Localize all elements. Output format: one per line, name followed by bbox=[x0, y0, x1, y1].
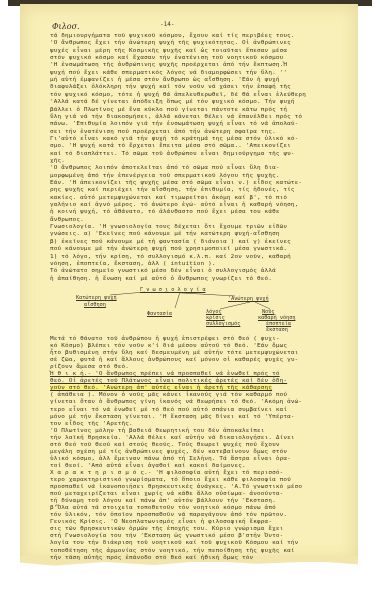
text-line: 'Ο ἄνθρωπος λοιπόν ἀποτελεῖται ἀπό τό σῶ… bbox=[50, 165, 280, 171]
text-line: Μετά τό θάνατο τοῦ ἀνθρώπου ἡ ψυχή ἐπιστ… bbox=[50, 336, 280, 342]
text-line: τή δύναμη τοῦ λόγου καί πάνω ἀπ' αὐτόν β… bbox=[50, 498, 276, 504]
diagram-title: Γ ν ω σ ι ο λ ο γ ί α bbox=[140, 287, 206, 293]
text-line: κακίες. αὐτό μετεμψυχώνεται καί τιμωρεῖτ… bbox=[50, 195, 287, 201]
text-line: τήν λαϊκή θρησκεία. 'Αλλά θέλει καί αὐτή… bbox=[50, 435, 295, 441]
text-line: στόν ψυχικό κόσμο καί ἔχασαν τήν ἐνατένι… bbox=[50, 55, 283, 61]
diagram-right-sub-right-4: ἔκσταση bbox=[266, 327, 288, 333]
text-line: νόηση, ἐποπτεία, ἔκσταση, ἀλλ ( intuitio… bbox=[50, 261, 216, 267]
text-line: ρίζουν ἄμεσα στό θεό. bbox=[50, 364, 129, 370]
text-line: λογία του τήν διάκριση τοῦ νοητικοῦ καί … bbox=[50, 540, 298, 546]
diagram-left-1: Κατώτερη ψυχή bbox=[76, 295, 117, 301]
text-line: τήν τάση αὐτῆς πρός ἐπάνοδο στό θεό καί … bbox=[50, 555, 253, 561]
diagram-right-sub-left-3: συλλογισμός bbox=[206, 321, 240, 327]
diagram-middle: Φαντασία bbox=[147, 311, 172, 317]
text-line: καί τό διαπλάττει. Τό σῶμα τοῦ ἀνθρώπου … bbox=[50, 151, 295, 157]
text-line: γνώσεις. α) 'Εκεῖνες πού κάνουμε μέ τήν … bbox=[50, 231, 280, 237]
diagram-right: 'Ανώτερη ψυχή bbox=[228, 296, 269, 302]
text-line: Γενικός Κρίσις. 'Ο Νεοπλατωνισμός εἶναι … bbox=[50, 519, 272, 525]
text-line: 'Αλλά κατά δέ γίνεται ἀπόδειξη ὅπως μέ τ… bbox=[50, 99, 295, 105]
text-line: σμο. 'Η ψυχή κατά τό ἔρχεται ἔπειτα μέσα… bbox=[50, 143, 291, 149]
text-line: μή αὐτή ἐμφανίζει ἡ μέσα στόν ἄνθρωπο ὡς… bbox=[50, 77, 280, 83]
text-line: πού κάνουμε μέ τήν ἀνώτερη ψυχή πού χρησ… bbox=[50, 246, 287, 252]
text-line: Τό ἀνώτατο σημεῖο γνωστικό μέσο δέν εἶνα… bbox=[50, 268, 276, 274]
text-line: τερο εἶναι τό νά ἑνωθεῖ μέ τό θεό πού αὐ… bbox=[50, 407, 287, 413]
text-line: σις τῶν θρησκευτικῶν ὁρμῶν τῆς ἐποχῆς το… bbox=[50, 526, 283, 532]
text-line: σέ ζῶα, φυτά ἡ καί ἄλλους ἀνθρώπους καί … bbox=[50, 357, 298, 363]
text-line: τερο χαρακτηριστικό γνωρίσματα, τό ὅποιο… bbox=[50, 477, 291, 483]
text-line: ὑλικό κόσμο, ἀλλ ἔμειναν πάνω ἀπό τή Σελ… bbox=[50, 456, 291, 462]
text-line: γαλήνιο καί ἁγνό μέρος. τό ἀνώτερο ἐγώ- … bbox=[50, 202, 298, 208]
text-line: τον εἶδος τῆς 'Αρετῆς. bbox=[50, 421, 133, 427]
text-line: πού μεταχειρίζεται εἶναι χωρίς νά κάθε ἄ… bbox=[50, 491, 283, 497]
text-line: θεό. Οἱ ἀρετές τοῦ Πλάτωνος εἶναι πολιτι… bbox=[50, 378, 287, 384]
text-line: ἡ κοινή ψυχή, τό ἀθάνατο, τό ἀλάνθαστο π… bbox=[50, 209, 280, 215]
text-line: ( ἀπάθεια ). Μόνον ὁ νοῦς μᾶς κάνει ἱκαν… bbox=[50, 392, 287, 398]
text-line: στό Θεό τοῦ θεού καί στούς θεούς. Τούς θ… bbox=[50, 442, 280, 448]
text-line: γίνεται ὅταν ὁ ἄνθρωπος γίνη ἱκανός νά θ… bbox=[50, 399, 302, 405]
text-line: ρης ψυχῆς καί περιέχει τήν αἴσθηση, τήν … bbox=[50, 187, 295, 193]
text-line: β) ἐκεῖνες πού κάνουμε μέ τή φαντασία ( … bbox=[50, 239, 291, 245]
text-line: τοποθέτηση τῆς ἁρμονίας στόν νοητικό, τή… bbox=[50, 548, 295, 554]
text-line: τόν ψυχικό κόσμο, τότε ἡ ψυχή θά ἀπελευθ… bbox=[50, 92, 306, 98]
header-subject: Φιλοσ. bbox=[52, 22, 80, 31]
text-line: μορφωμένη ἀπό τήν ἐπενέργεια τοῦ σπερματ… bbox=[50, 173, 280, 179]
page-number: -14- bbox=[160, 21, 174, 28]
text-line: Γνωσιολογία. 'Η γνωσιολογία τους δέχεται… bbox=[50, 224, 287, 230]
text-line: 'Η ἐνσωμάτωση τῆς ἀνθρώπινης ψυχῆς προέρ… bbox=[50, 62, 287, 68]
text-line: γοῦν στό θεό. 'Ανώτερη ἀπ' αὐτές εἶναι ἡ… bbox=[50, 385, 272, 391]
text-line: πάνω. 'Επιθυμία λοιπόν γιά τήν ἐνσωμάτωσ… bbox=[50, 121, 298, 127]
text-line: τοί θεοί. 'Από αὐτά εἶναι ἀγαθοί καί κακ… bbox=[50, 463, 246, 469]
text-line: 1) τό λόγο, τήν κρίση, τό συλλογισμό κ.λ… bbox=[50, 254, 291, 260]
text-line: ἡ ἀπαίθηση. ἡ ἔνωση καί μέ αὐτό ὁ ἄνθρωπ… bbox=[50, 276, 272, 282]
text-line: Χ α ρ α κ τ η ρ ι σ μ ό ς.- 'Η φιλοσοφία… bbox=[50, 470, 283, 476]
text-line: 'Ο ἄνθρωπος ἔχει τήν ἀνώτερη ψυχή τῆς ψυ… bbox=[50, 40, 291, 46]
text-line: β'Ὅλα αὐτά τά στοιχεῖα τοποθετοῦν τόν νο… bbox=[50, 505, 276, 511]
text-line: ψυχή πού ἔχει κάθε σπερματικός λόγος νά … bbox=[50, 70, 287, 76]
text-line: Γι'αὐτό εἶναι κακό γιά τήν ψυχή τό κράτη… bbox=[50, 136, 298, 142]
text-line: κό Κόσμο) βλέπει τόν νοῦν κ'ί διά μέσου … bbox=[50, 343, 287, 349]
text-line: 'Ο Πλωτῖνος μόλην τή βαθειά θεωρητική το… bbox=[50, 428, 265, 434]
text-line: Εάν. 'Η ἀπεικονίζει τῆς ψυχῆς μέσα στό σ… bbox=[50, 180, 302, 186]
text-line: τόν ὑλικόν, τόν ὁποῖον προσπαθοῦν νά παρ… bbox=[50, 512, 287, 518]
text-line: τά δημιουργήματα τοῦ ψυχικοῦ κόσμου, ἔχο… bbox=[50, 33, 295, 39]
text-line: ἄνθρωπος. bbox=[50, 217, 84, 223]
text-line: χῆς. bbox=[50, 158, 65, 164]
text-line: σει τήν ἐνατένιση πού προέρχεται ἀπό τήν… bbox=[50, 129, 276, 135]
diagram-left-2: αἴσθηση bbox=[84, 302, 106, 308]
text-line: διαφυλάξει ὁλόκληρη τήν ψυχή καί τόν νοῦ… bbox=[50, 84, 291, 90]
text-line: μεγάλη σχέση μέ τίς ἀνθρώπινες ψυχές, δέ… bbox=[50, 449, 287, 455]
text-line: Ἠ θ ι κ ή.- 'Ο ἄνθρωπος πρέπει νά προσπα… bbox=[50, 371, 280, 377]
text-line: προσπαθεῖ νά ἱκανοποιήσει θρησκευτικές ἀ… bbox=[50, 484, 302, 490]
text-line: βάλλει ὁ Πλωτῖνος μέ ἕνα κύκλο πού γίνετ… bbox=[50, 107, 287, 113]
text-line: ἦτο βυθισμένη στήν ὕλη καί δεσμευμένη μέ… bbox=[50, 350, 298, 356]
text-line: ψυχές εἶναι μέρη τῆς Κοσμικῆς ψυχῆς καί … bbox=[50, 48, 287, 54]
text-line: ὕλη γιά νά τήν διακοσμήσει, ἀλλά κάνεται… bbox=[50, 114, 302, 120]
text-line: μόνο μέ τήν ἔκσταση γίνεται. 'Η ἔκσταση … bbox=[50, 414, 295, 420]
text-line: στή Γνωσιολογία του τήν 'Εκσταση ὡς γνωσ… bbox=[50, 533, 283, 539]
